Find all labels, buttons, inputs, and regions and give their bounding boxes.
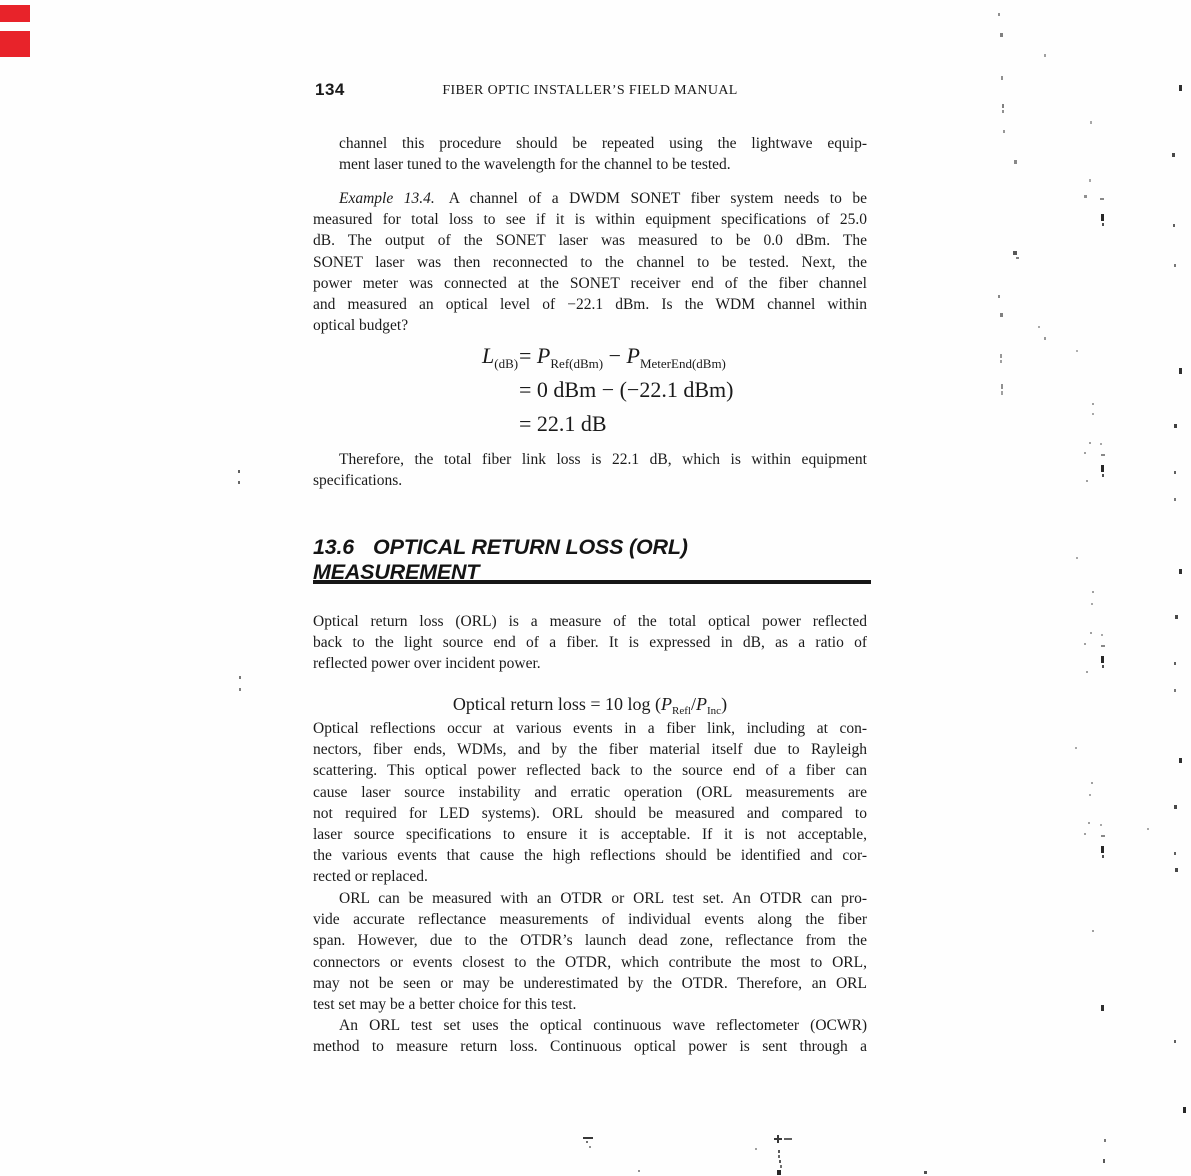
scan-speck xyxy=(238,481,240,484)
scan-speck xyxy=(1000,313,1003,317)
section-number: 13.6 xyxy=(313,535,354,559)
body-paragraph-ocwr: An ORL test set uses the optical continu… xyxy=(313,1015,867,1057)
scan-speck xyxy=(1174,424,1177,428)
scan-speck xyxy=(998,13,1000,16)
text-line: Optical return loss (ORL) is a measure o… xyxy=(313,611,867,632)
scan-speck xyxy=(1101,634,1103,636)
scan-speck xyxy=(784,1138,792,1140)
text-line: measured for total loss to see if it is … xyxy=(313,209,867,230)
scan-speck xyxy=(1001,384,1003,389)
scan-speck xyxy=(1175,615,1178,619)
scan-speck xyxy=(1044,54,1046,57)
scan-speck xyxy=(1101,214,1104,221)
scan-speck xyxy=(1102,474,1104,477)
text-line: optical budget? xyxy=(313,315,867,336)
scan-speck xyxy=(1014,160,1017,164)
scan-speck xyxy=(1086,480,1088,482)
scan-speck xyxy=(1179,368,1182,374)
scan-speck xyxy=(1000,360,1002,363)
text-line: ment laser tuned to the wavelength for t… xyxy=(339,154,867,175)
section-heading-line-1: 13.6OPTICAL RETURN LOSS (ORL) xyxy=(313,535,871,560)
text-line: channel this procedure should be repeate… xyxy=(339,133,867,154)
text-line: connectors or events closest to the OTDR… xyxy=(313,952,867,973)
scan-speck xyxy=(1084,195,1087,198)
text-line: dB. The output of the SONET laser was me… xyxy=(313,230,867,251)
example-first-line: A channel of a DWDM SONET fiber system n… xyxy=(449,190,867,207)
example-paragraph: Example 13.4.A channel of a DWDM SONET f… xyxy=(313,188,867,336)
text-line: Example 13.4.A channel of a DWDM SONET f… xyxy=(313,188,867,209)
scan-speck xyxy=(1076,350,1078,352)
scan-speck xyxy=(779,1160,781,1163)
scan-speck xyxy=(1175,868,1178,872)
scan-speck xyxy=(239,688,241,691)
scan-speck xyxy=(1100,443,1102,445)
scan-speck xyxy=(1089,442,1091,444)
equals-sign: = xyxy=(519,343,537,368)
scan-speck xyxy=(1100,198,1104,200)
scan-speck xyxy=(1101,835,1105,837)
scan-speck xyxy=(1174,662,1176,665)
text-line: power meter was connected at the SONET r… xyxy=(313,273,867,294)
scan-speck xyxy=(1101,465,1104,472)
text-line: rected or replaced. xyxy=(313,866,867,887)
scan-speck xyxy=(1090,632,1092,634)
equation-text: = 0 dBm − (−22.1 dBm) xyxy=(519,377,733,402)
equation-rhs: = PRef(dBm) − PMeterEnd(dBm) xyxy=(519,343,726,368)
scan-speck xyxy=(1174,1040,1176,1043)
scan-speck xyxy=(1038,326,1040,328)
scan-speck xyxy=(1091,782,1093,784)
scan-speck xyxy=(1174,264,1176,267)
scan-speck xyxy=(1002,110,1004,113)
scan-speck xyxy=(1179,758,1182,763)
scan-speck xyxy=(1092,591,1094,593)
loss-equation-line-2: = 0 dBm − (−22.1 dBm) xyxy=(482,377,733,403)
scan-speck xyxy=(1084,643,1086,645)
body-paragraph-orl-intro: Optical return loss (ORL) is a measure o… xyxy=(313,611,867,675)
scan-speck xyxy=(1089,179,1091,182)
conclusion-paragraph: Therefore, the total fiber link loss is … xyxy=(313,449,867,491)
scan-speck xyxy=(1179,569,1182,574)
scan-speck xyxy=(1003,130,1005,133)
scan-speck xyxy=(924,1171,927,1174)
scanned-book-page: 134 FIBER OPTIC INSTALLER’S FIELD MANUAL… xyxy=(0,0,1191,1176)
scan-speck xyxy=(778,1155,780,1158)
scan-speck xyxy=(1000,33,1003,37)
scan-speck xyxy=(1000,354,1002,358)
equation-text: = 22.1 dB xyxy=(519,411,607,436)
section-heading: 13.6OPTICAL RETURN LOSS (ORL) MEASUREMEN… xyxy=(313,535,871,585)
text-line: reflected power over incident power. xyxy=(313,653,867,674)
loss-equation-line-1: L(dB)= PRef(dBm) − PMeterEnd(dBm) xyxy=(482,343,726,377)
scan-speck xyxy=(1104,1139,1106,1142)
scan-speck xyxy=(1172,153,1175,157)
variable-P-meterend-subscript: MeterEnd(dBm) xyxy=(640,356,726,371)
scan-speck xyxy=(780,1165,782,1168)
section-rule xyxy=(313,580,871,584)
minus-sign: − xyxy=(603,343,626,368)
scan-speck xyxy=(1075,747,1077,749)
variable-P-meterend: P xyxy=(627,343,640,368)
scan-speck xyxy=(1101,454,1105,456)
text-line: may not be seen or may be underestimated… xyxy=(313,973,867,994)
scan-speck xyxy=(1088,822,1090,824)
scan-speck xyxy=(638,1170,640,1172)
scan-speck xyxy=(1101,1005,1104,1011)
scan-speck xyxy=(1174,805,1177,809)
variable-L-subscript: (dB) xyxy=(494,356,518,371)
scan-speck xyxy=(777,1170,781,1175)
text-line: SONET laser was then reconnected to the … xyxy=(313,252,867,273)
text-line: method to measure return loss. Continuou… xyxy=(313,1036,867,1057)
scan-speck xyxy=(1173,224,1175,227)
text-line: not required for LED systems). ORL shoul… xyxy=(313,803,867,824)
scan-speck xyxy=(238,470,240,473)
scan-speck xyxy=(239,676,241,679)
variable-P-refl-subscript: Refl xyxy=(672,705,691,717)
text-line: span. However, due to the OTDR’s launch … xyxy=(313,930,867,951)
text-line: and measured an optical level of −22.1 d… xyxy=(313,294,867,315)
section-title: OPTICAL RETURN LOSS (ORL) xyxy=(373,535,688,559)
scan-speck xyxy=(1090,121,1092,124)
text-line: scattering. This optical power reflected… xyxy=(313,760,867,781)
scan-speck xyxy=(998,295,1000,298)
text-line: specifications. xyxy=(313,470,867,491)
text-line: An ORL test set uses the optical continu… xyxy=(313,1015,867,1036)
text-line: the various events that cause the high r… xyxy=(313,845,867,866)
scan-speck xyxy=(1086,671,1088,673)
scan-speck xyxy=(1179,85,1182,91)
scan-speck xyxy=(1092,403,1094,405)
scan-speck xyxy=(1174,689,1176,692)
scan-speck xyxy=(1016,257,1019,259)
scan-speck xyxy=(1076,557,1078,559)
scan-speck xyxy=(1102,855,1104,858)
scan-speck xyxy=(1101,656,1104,663)
scan-speck xyxy=(1044,337,1046,340)
text-line: vide accurate reflectance measurements o… xyxy=(313,909,867,930)
scan-speck xyxy=(1101,846,1104,853)
text-line: test set may be a better choice for this… xyxy=(313,994,867,1015)
paragraph-continuation: channel this procedure should be repeate… xyxy=(339,133,867,175)
red-corner-mark xyxy=(0,5,30,22)
red-corner-mark xyxy=(0,31,30,57)
body-paragraph-reflections: Optical reflections occur at various eve… xyxy=(313,718,867,888)
scan-speck xyxy=(1103,1159,1105,1163)
variable-P-inc: P xyxy=(696,694,707,714)
scan-speck xyxy=(586,1141,588,1143)
scan-speck xyxy=(1092,413,1094,415)
scan-speck xyxy=(1101,645,1105,647)
scan-speck xyxy=(774,1138,782,1140)
text-line: Optical reflections occur at various eve… xyxy=(313,718,867,739)
scan-speck xyxy=(1174,852,1176,855)
text-line: nectors, fiber ends, WDMs, and by the fi… xyxy=(313,739,867,760)
scan-speck xyxy=(1102,223,1104,226)
scan-speck xyxy=(1084,452,1086,454)
scan-speck xyxy=(1001,391,1003,395)
orl-equation-prefix: Optical return loss = 10 log ( xyxy=(453,694,661,714)
body-paragraph-otdr: ORL can be measured with an OTDR or ORL … xyxy=(313,888,867,1015)
example-label: Example 13.4. xyxy=(339,190,435,207)
scan-speck xyxy=(1102,665,1104,668)
variable-P-refl: P xyxy=(661,694,672,714)
text-line: back to the light source end of a fiber.… xyxy=(313,632,867,653)
scan-speck xyxy=(1002,104,1004,108)
scan-speck xyxy=(1147,828,1149,830)
variable-P-inc-subscript: Inc xyxy=(707,705,721,717)
scan-speck xyxy=(1174,498,1176,501)
orl-equation-suffix: ) xyxy=(721,694,727,714)
equation-lhs: L(dB) xyxy=(482,343,519,377)
variable-L: L xyxy=(482,343,494,368)
scan-speck xyxy=(1174,471,1176,474)
scan-speck xyxy=(589,1146,591,1148)
text-line: cause laser source instability and errat… xyxy=(313,782,867,803)
scan-speck xyxy=(1013,251,1017,255)
scan-speck xyxy=(1001,76,1003,80)
scan-speck xyxy=(1100,824,1102,826)
scan-speck xyxy=(1183,1107,1186,1113)
loss-equation-line-3: = 22.1 dB xyxy=(482,411,607,437)
text-line: laser source specifications to ensure it… xyxy=(313,824,867,845)
text-line: Therefore, the total fiber link loss is … xyxy=(313,449,867,470)
scan-speck xyxy=(583,1137,593,1139)
page-header: 134 FIBER OPTIC INSTALLER’S FIELD MANUAL xyxy=(313,81,867,101)
variable-P-ref-subscript: Ref(dBm) xyxy=(550,356,603,371)
scan-speck xyxy=(778,1150,780,1153)
scan-speck xyxy=(1089,794,1091,796)
text-line: ORL can be measured with an OTDR or ORL … xyxy=(313,888,867,909)
scan-speck xyxy=(1092,930,1094,932)
scan-speck xyxy=(1091,603,1093,605)
running-title: FIBER OPTIC INSTALLER’S FIELD MANUAL xyxy=(313,83,867,98)
scan-speck xyxy=(755,1148,757,1150)
scan-speck xyxy=(1084,833,1086,835)
variable-P-ref: P xyxy=(537,343,550,368)
